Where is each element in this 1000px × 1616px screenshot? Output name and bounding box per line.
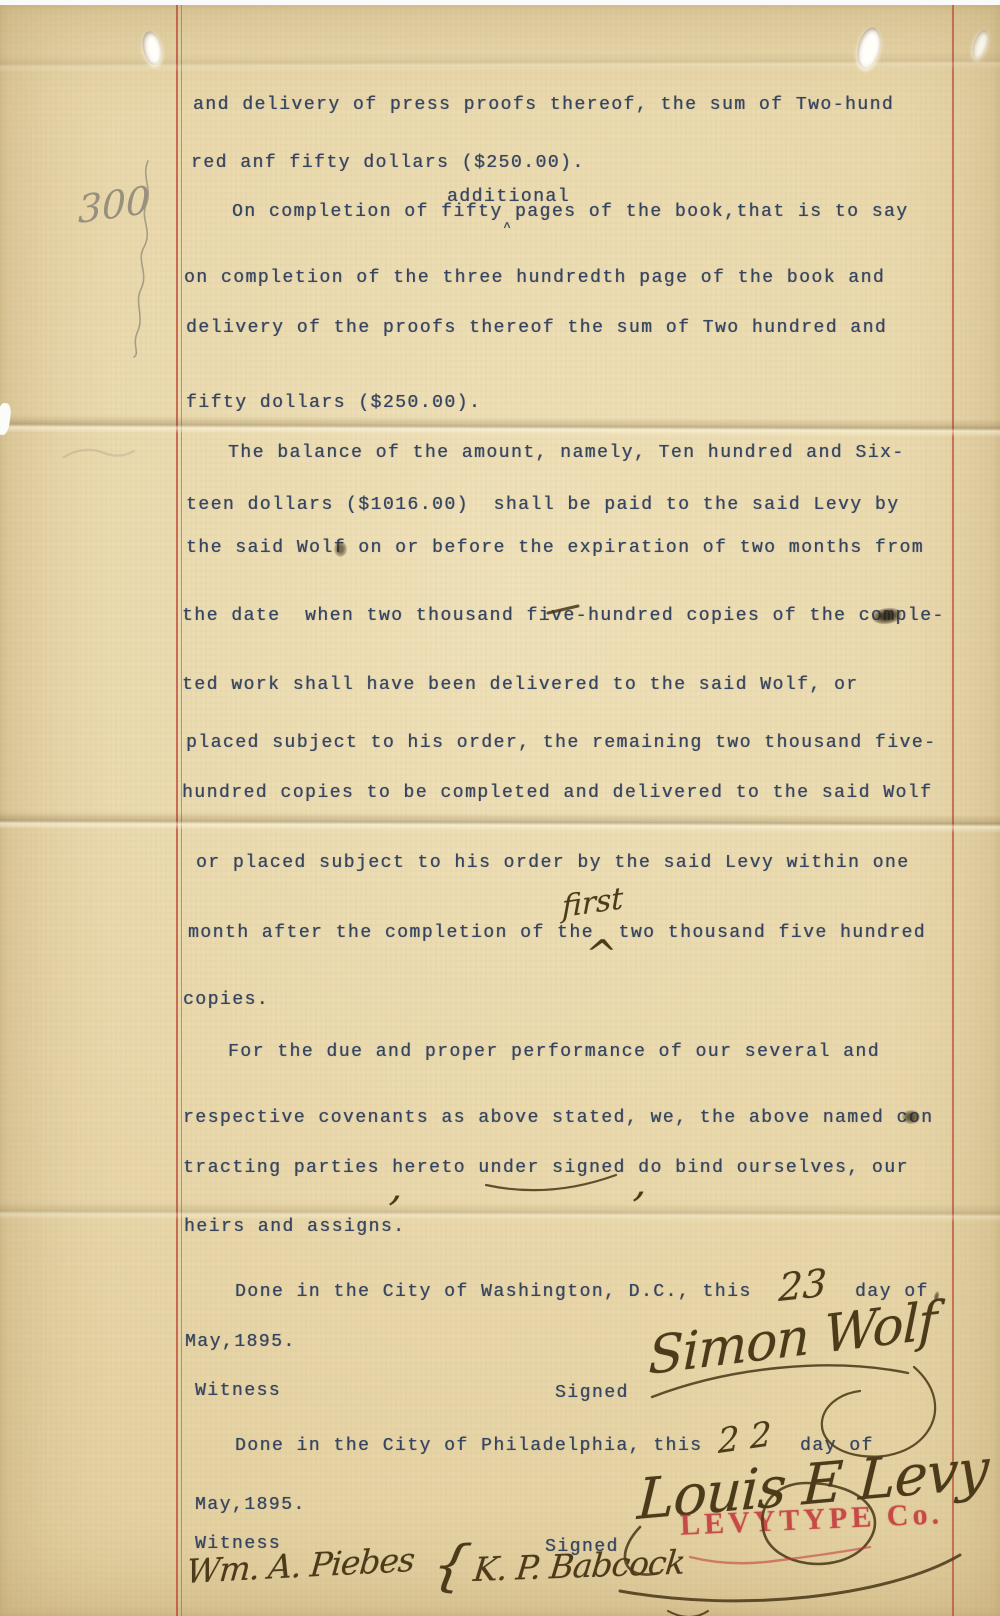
handwritten-caret: ^	[582, 935, 619, 973]
typed-line: copies.	[183, 990, 269, 1010]
typed-line: teen dollars ($1016.00) shall be paid to…	[186, 495, 900, 515]
witness-name-piebes: Wm. A. Piebes	[185, 1543, 415, 1588]
typed-line: Done in the City of Philadelphia, this	[235, 1436, 702, 1456]
fold-crease-lower	[0, 1202, 1000, 1223]
typed-line: respective covenants as above stated, we…	[183, 1108, 933, 1128]
typed-line: on completion of the three hundredth pag…	[184, 268, 885, 288]
typed-line: the date when two thousand five-hundred …	[182, 606, 945, 626]
typed-line: tracting parties hereto under signed do …	[183, 1158, 909, 1178]
fold-crease-upper	[0, 415, 1000, 437]
handwritten-day-22: 2 2	[718, 1417, 772, 1459]
typed-line: or placed subject to his order by the sa…	[196, 853, 910, 873]
typed-line: Signed	[555, 1383, 629, 1403]
typed-line: placed subject to his order, the remaini…	[186, 733, 936, 753]
typed-line: delivery of the proofs thereof the sum o…	[186, 318, 887, 338]
typed-line: and delivery of press proofs thereof, th…	[193, 95, 894, 115]
left-margin-rule-inner	[181, 5, 182, 1616]
typed-line: the said Wolf on or before the expiratio…	[186, 538, 924, 558]
stamp-underline	[690, 1547, 870, 1563]
left-margin-rule	[176, 5, 178, 1616]
witness-name-babcock: K. P. Babcock	[472, 1545, 686, 1586]
typed-line: heirs and assigns.	[184, 1217, 405, 1237]
typed-line: ted work shall have been delivered to th…	[182, 675, 859, 695]
typed-line: On completion of fifty pages of the book…	[232, 202, 909, 222]
witness-brace: {	[428, 1537, 474, 1594]
handwritten-day-23: 23	[778, 1264, 827, 1307]
typed-line: Done in the City of Washington, D.C., th…	[235, 1282, 752, 1302]
typed-line: For the due and proper performance of ou…	[228, 1042, 880, 1062]
signature-simon-wolf: Simon Wolf	[648, 1295, 937, 1383]
margin-note-300: 300	[78, 181, 150, 229]
punch-hole-right	[854, 25, 885, 71]
document-page: and delivery of press proofs thereof, th…	[0, 5, 1000, 1616]
right-margin-rule	[952, 5, 954, 1616]
scanned-document: { "page": { "width": 1000, "height": 161…	[0, 0, 1000, 1616]
typed-line: red anf fifty dollars ($250.00).	[191, 153, 585, 173]
typed-line: May,1895.	[195, 1495, 306, 1515]
edge-tear-top-right	[970, 28, 992, 61]
edge-tear-left	[0, 402, 12, 435]
typed-line: hundred copies to be completed and deliv…	[182, 783, 932, 803]
fold-crease-middle	[0, 811, 1000, 832]
typed-line: month after the completion of the two th…	[188, 923, 926, 943]
typed-line: The balance of the amount, namely, Ten h…	[228, 443, 905, 463]
typed-line: May,1895.	[185, 1332, 296, 1352]
inserted-word-first: first	[562, 884, 623, 923]
typed-line: fifty dollars ($250.00).	[186, 393, 481, 413]
typed-line: ^	[503, 218, 512, 238]
punch-hole-left	[140, 30, 165, 67]
typed-line: Witness	[195, 1381, 281, 1401]
